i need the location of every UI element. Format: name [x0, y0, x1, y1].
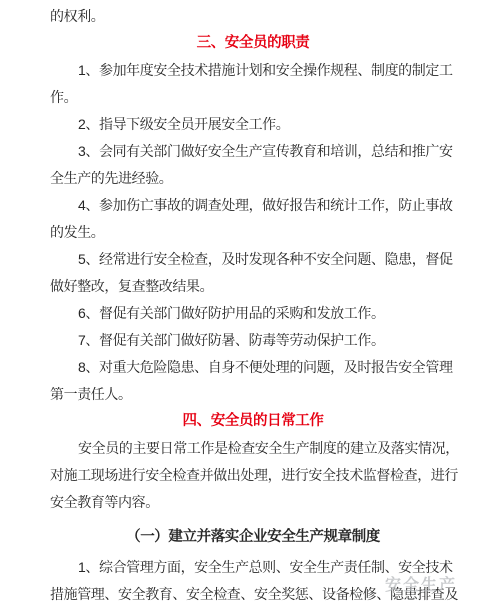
- text-line: 5、经常进行安全检查，及时发现各种不安全问题、隐患，督促: [50, 246, 456, 273]
- section-heading: 三、安全员的职责: [50, 30, 456, 57]
- section-heading: （一）建立并落实企业安全生产规章制度: [50, 524, 456, 551]
- text-line: 4、参加伤亡事故的调查处理，做好报告和统计工作，防止事故: [50, 192, 456, 219]
- text-line: 3、会同有关部门做好安全生产宣传教育和培训，总结和推广安: [50, 138, 456, 165]
- document-lines: 的权利。三、安全员的职责1、参加年度安全技术措施计划和安全操作规程、制度的制定工…: [50, 3, 456, 607]
- section-heading: 四、安全员的日常工作: [50, 408, 456, 435]
- text-line: 安全员的主要日常工作是检查安全生产制度的建立及落实情况，: [50, 435, 456, 462]
- text-line: 安全教育等内容。: [50, 489, 456, 516]
- text-line: 的发生。: [50, 219, 456, 246]
- text-line: 第一责任人。: [50, 381, 456, 408]
- text-line: 8、对重大危险隐患、自身不便处理的问题，及时报告安全管理: [50, 354, 456, 381]
- text-line: 的权利。: [50, 3, 456, 30]
- text-line: 全生产的先进经验。: [50, 165, 456, 192]
- text-line: 1、参加年度安全技术措施计划和安全操作规程、制度的制定工: [50, 57, 456, 84]
- text-line: 2、指导下级安全员开展安全工作。: [50, 111, 456, 138]
- text-line: 7、督促有关部门做好防暑、防毒等劳动保护工作。: [50, 327, 456, 354]
- document-page: 的权利。三、安全员的职责1、参加年度安全技术措施计划和安全操作规程、制度的制定工…: [0, 0, 500, 607]
- text-line: 对施工现场进行安全检查并做出处理，进行安全技术监督检查，进行: [50, 462, 456, 489]
- text-line: 1、综合管理方面，安全生产总则、安全生产责任制、安全技术: [50, 554, 456, 581]
- text-line: 措施管理、安全教育、安全检查、安全奖惩、设备检修、隐患排查及: [50, 581, 456, 607]
- text-line: 作。: [50, 84, 456, 111]
- text-line: 做好整改，复查整改结果。: [50, 273, 456, 300]
- text-line: 6、督促有关部门做好防护用品的采购和发放工作。: [50, 300, 456, 327]
